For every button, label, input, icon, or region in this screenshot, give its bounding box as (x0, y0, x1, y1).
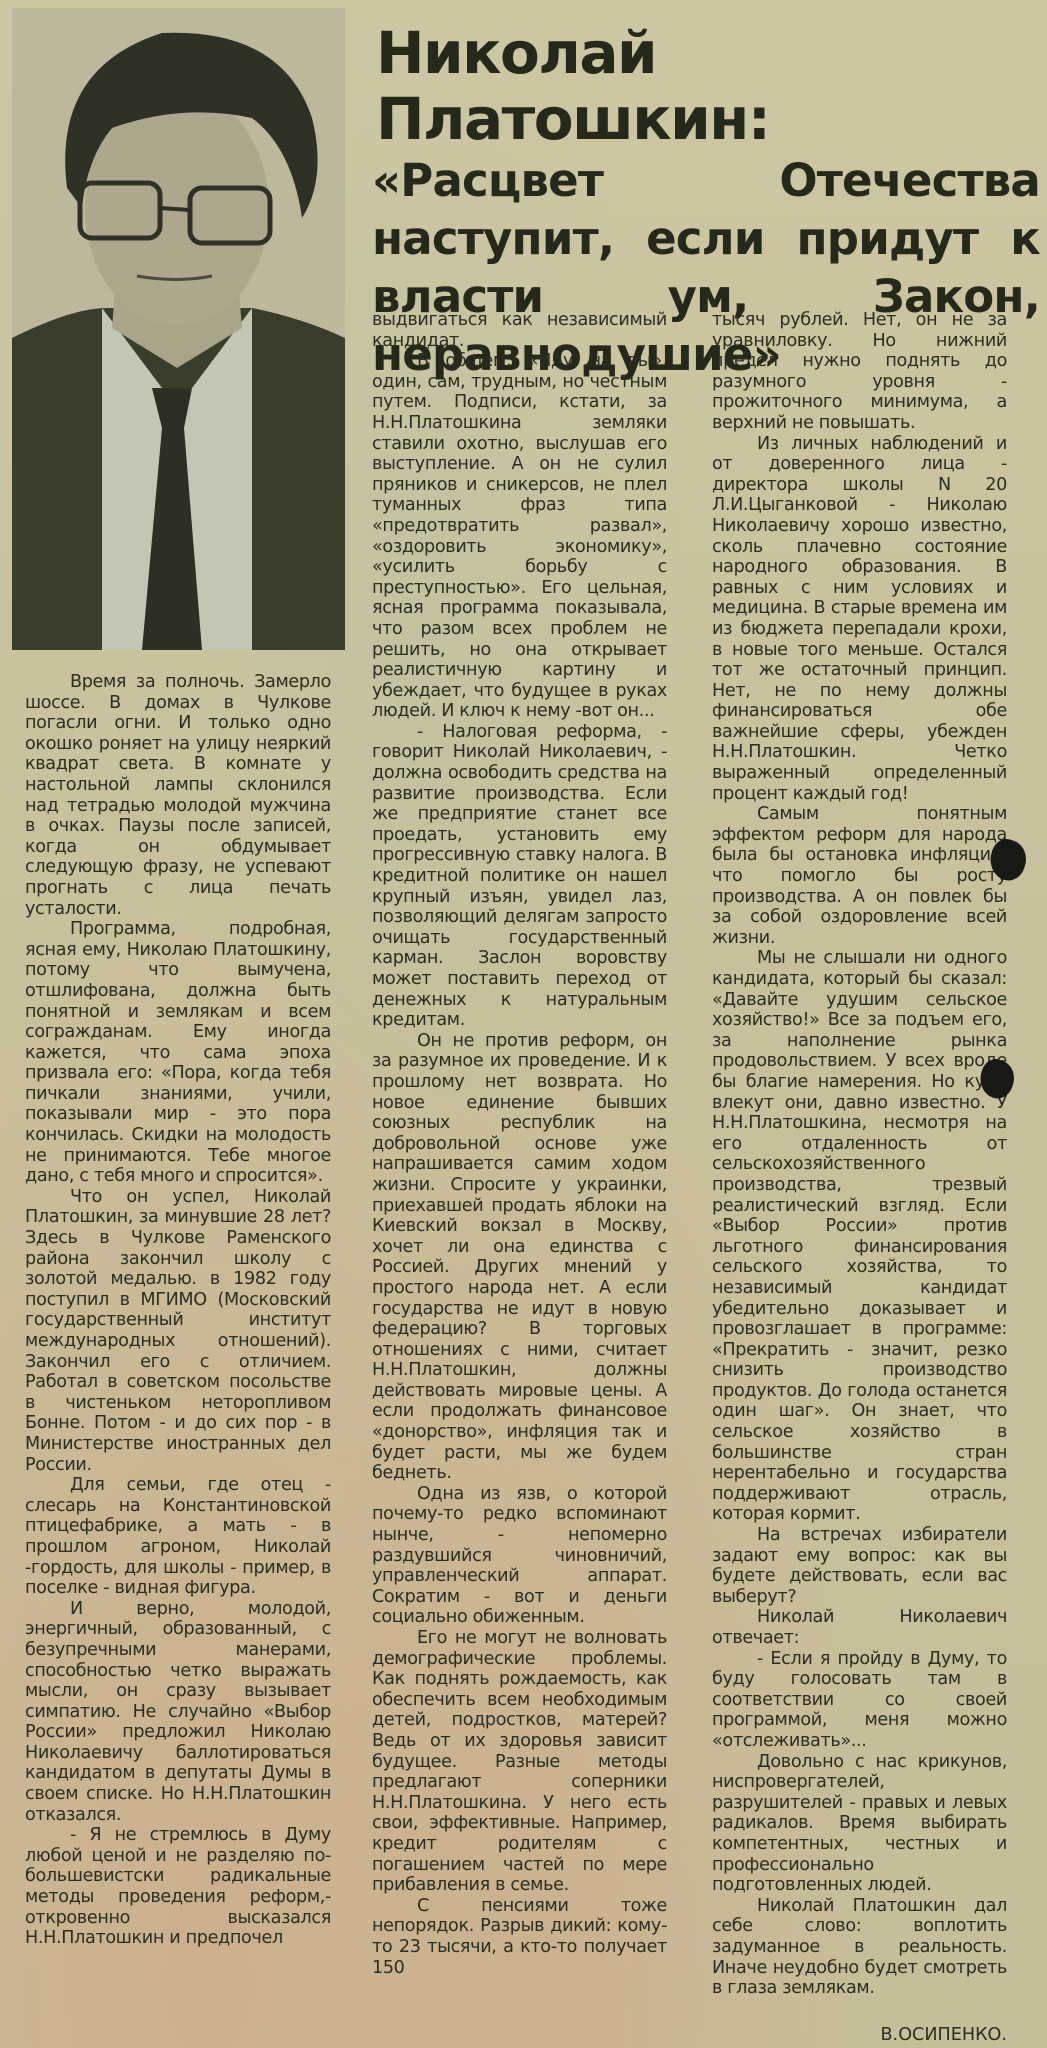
column-left: Время за полночь. Замерло шоссе. В домах… (25, 672, 331, 1949)
paragraph: Время за полночь. Замерло шоссе. В домах… (25, 672, 331, 919)
paragraph: На встречах избиратели задают ему вопрос… (712, 1525, 1007, 1607)
paragraph: - Я не стремлюсь в Думу любой ценой и не… (25, 1825, 331, 1949)
paragraph: Николай Платошкин дал себе слово: воплот… (712, 1896, 1007, 1999)
portrait-photo (12, 8, 345, 650)
paragraph-continued: тысяч рублей. Нет, он не за уравниловку.… (712, 310, 1007, 434)
paragraph: Для семьи, где отец - слесарь на Констан… (25, 1475, 331, 1599)
paragraph-continued: выдвигаться как независимый кандидат. (372, 310, 667, 351)
paragraph: Самым понятным эффектом реформ для народ… (712, 804, 1007, 948)
column-right: тысяч рублей. Нет, он не за уравниловку.… (712, 310, 1007, 2045)
author-byline: В.ОСИПЕНКО. (712, 2025, 1007, 2046)
paragraph: Что он успел, Николай Платошкин, за мину… (25, 1187, 331, 1475)
paragraph: В общем, «Иду на вы», один, сам, трудным… (372, 351, 667, 722)
paragraph: С пенсиями тоже непорядок. Разрыв дикий:… (372, 1896, 667, 1978)
paragraph: Его не могут не волновать демографически… (372, 1628, 667, 1896)
paragraph: - Если я пройду в Думу, то буду голосова… (712, 1649, 1007, 1752)
paragraph: Мы не слышали ни одного кандидата, котор… (712, 948, 1007, 1525)
paragraph: Он не против реформ, он за разумное их п… (372, 1031, 667, 1484)
paragraph: Довольно с нас крикунов, ниспровергателе… (712, 1752, 1007, 1896)
paragraph: Николай Николаевич отвечает: (712, 1607, 1007, 1648)
paragraph: Программа, подробная, ясная ему, Николаю… (25, 919, 331, 1187)
paragraph: И верно, молодой, энергичный, образованн… (25, 1599, 331, 1826)
headline-name: Николай Платошкин: (372, 20, 1040, 152)
paragraph: Из личных наблюдений и от доверенного ли… (712, 434, 1007, 805)
portrait-image (12, 8, 345, 650)
paragraph: Одна из язв, о которой почему-то редко в… (372, 1484, 667, 1628)
column-middle: выдвигаться как независимый кандидат. В … (372, 310, 667, 1978)
paragraph: - Налоговая реформа, - говорит Николай Н… (372, 722, 667, 1031)
